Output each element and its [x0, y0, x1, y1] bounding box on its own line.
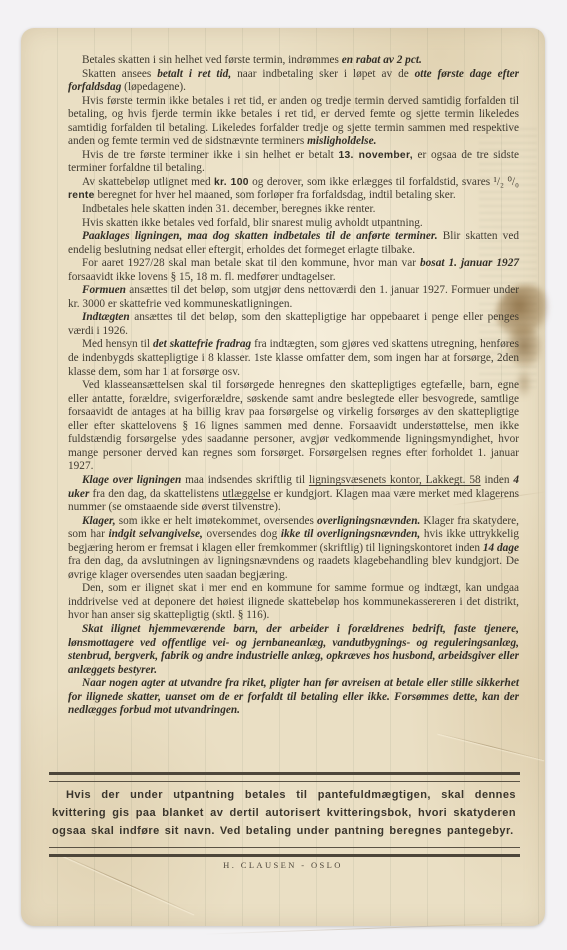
- text-segment: utlæggelse: [222, 488, 270, 500]
- text-segment: og derover, som ikke erlægges til forfal…: [249, 176, 519, 188]
- paragraph: Indtægten ansættes til det beløp, som de…: [68, 311, 519, 338]
- text-segment: Ved klasseansættelsen skal til forsørged…: [68, 379, 519, 472]
- text-segment: ligningsvæsenets kontor, Lakkegt. 58: [309, 474, 481, 486]
- paragraph: Hvis første termin ikke betales i ret ti…: [68, 95, 519, 149]
- text-segment: overligningsnævnden.: [317, 515, 420, 527]
- text-segment: Indtægten: [82, 311, 130, 323]
- paragraph: Av skattebeløp utlignet med kr. 100 og d…: [68, 176, 519, 203]
- body-text: Betales skatten i sin helhet ved første …: [68, 54, 519, 718]
- text-segment: fra den dag, da avslutningen av lignings…: [68, 555, 519, 581]
- text-segment: naar indbetaling sker i løpet av de: [231, 68, 415, 80]
- paragraph: Indbetales hele skatten inden 31. decemb…: [68, 203, 519, 217]
- paragraph: Formuen ansættes til det beløp, som utgj…: [68, 284, 519, 311]
- paragraph: Klage over ligningen maa indsendes skrif…: [68, 474, 519, 515]
- paragraph: Betales skatten i sin helhet ved første …: [68, 54, 519, 68]
- text-segment: Indbetales hele skatten inden 31. decemb…: [82, 203, 375, 215]
- paper-crease: [438, 733, 545, 761]
- paragraph: For aaret 1927/28 skal man betale skat t…: [68, 257, 519, 284]
- text-segment: en rabat av 2 pct.: [342, 54, 422, 66]
- paragraph: Skatten ansees betalt i ret tid, naar in…: [68, 68, 519, 95]
- text-segment: Klager,: [82, 515, 116, 527]
- text-segment: Betales skatten i sin helhet ved første …: [82, 54, 342, 66]
- paragraph: Paaklages ligningen, maa dog skatten ind…: [68, 230, 519, 257]
- text-segment: 13. november,: [338, 150, 412, 161]
- text-segment: Med hensyn til: [82, 338, 153, 350]
- text-segment: Paaklages ligningen, maa dog skatten ind…: [82, 230, 438, 242]
- text-segment: forsaavidt ikke lovens § 15, 18 m. fl. m…: [68, 271, 336, 283]
- paragraph: Naar nogen agter at utvandre fra riket, …: [68, 677, 519, 718]
- text-segment: kr. 100: [214, 177, 249, 188]
- text-segment: Hvis de tre første terminer ikke i sin h…: [82, 149, 338, 161]
- text-segment: For aaret 1927/28 skal man betale skat t…: [82, 257, 420, 269]
- paragraph: Med hensyn til det skattefrie fradrag fr…: [68, 338, 519, 379]
- text-segment: Skatten ansees: [82, 68, 157, 80]
- text-segment: maa indsendes skriftlig til: [181, 474, 309, 486]
- text-segment: (løpedagene).: [121, 81, 186, 93]
- text-segment: rente: [68, 190, 95, 201]
- divider-rule-top: [49, 772, 520, 782]
- paragraph: Hvis de tre første terminer ikke i sin h…: [68, 149, 519, 176]
- text-segment: bosat 1. januar 1927: [420, 257, 519, 269]
- text-segment: ansættes til det beløp, som den skattepl…: [68, 311, 519, 337]
- text-segment: det skattefrie fradrag: [153, 338, 251, 350]
- paragraph: Hvis skatten ikke betales ved forfald, b…: [68, 217, 519, 231]
- text-segment: Av skattebeløp utlignet med: [82, 176, 214, 188]
- text-segment: Den, som er ilignet skat i mer end en ko…: [68, 582, 519, 621]
- paragraph: Klager, som ikke er helt imøtekommet, ov…: [68, 515, 519, 583]
- text-segment: misligholdelse.: [307, 135, 376, 147]
- text-segment: Formuen: [82, 284, 126, 296]
- paper-crease: [201, 922, 531, 935]
- text-segment: beregnet for hver hel maaned, som forløp…: [95, 189, 456, 201]
- text-segment: 14 dage: [483, 542, 519, 554]
- text-segment: Naar nogen agter at utvandre fra riket, …: [68, 677, 519, 716]
- text-segment: Hvis første termin ikke betales i ret ti…: [68, 95, 519, 148]
- paragraph: Den, som er ilignet skat i mer end en ko…: [68, 582, 519, 623]
- text-segment: ansættes til det beløp, som utgjør dens …: [68, 284, 519, 310]
- text-segment: Skat ilignet hjemmeværende barn, der arb…: [68, 623, 519, 676]
- paragraph: Skat ilignet hjemmeværende barn, der arb…: [68, 623, 519, 677]
- text-segment: betalt i ret tid,: [157, 68, 231, 80]
- text-segment: Hvis skatten ikke betales ved forfald, b…: [82, 217, 423, 229]
- text-segment: indgit selvangivelse,: [109, 528, 203, 540]
- text-segment: som ikke er helt imøtekommet, oversendes: [116, 515, 317, 527]
- text-segment: Klage over ligningen: [82, 474, 181, 486]
- text-segment: oversendes dog: [203, 528, 281, 540]
- text-segment: inden: [481, 474, 514, 486]
- paragraph: Ved klasseansættelsen skal til forsørged…: [68, 379, 519, 474]
- printer-imprint: H. CLAUSEN - OSLO: [21, 860, 545, 870]
- payment-notice: Hvis der under utpantning betales til pa…: [52, 786, 516, 841]
- text-segment: fra den dag, da skattelistens: [89, 488, 222, 500]
- document-paper: Betales skatten i sin helhet ved første …: [21, 28, 545, 926]
- divider-rule-bottom: [49, 847, 520, 857]
- text-segment: ikke til overligningsnævnden,: [281, 528, 420, 540]
- scan-background: Betales skatten i sin helhet ved første …: [0, 0, 567, 950]
